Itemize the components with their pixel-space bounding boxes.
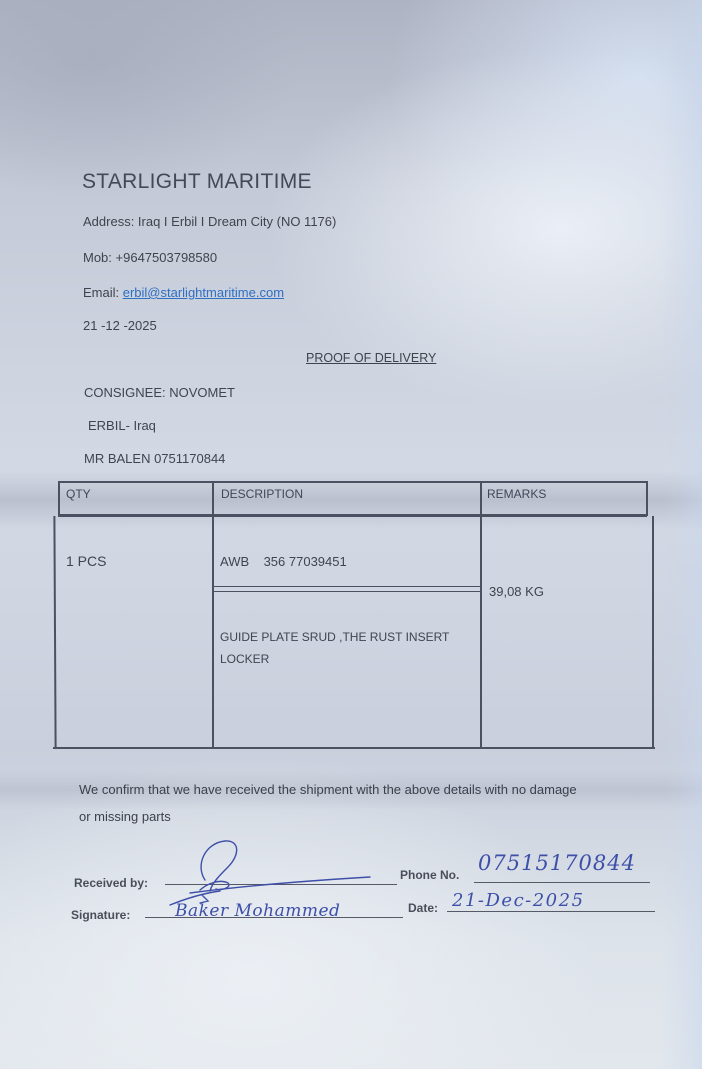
date-line xyxy=(447,911,655,912)
handwritten-phone: 07515170844 xyxy=(478,851,636,875)
description-row-divider xyxy=(213,586,481,587)
description-row-divider xyxy=(213,591,481,592)
row-awb: AWB 356 77039451 xyxy=(220,554,347,569)
date-label: Date: xyxy=(408,901,438,915)
table-column-divider xyxy=(212,481,214,748)
table-border xyxy=(53,747,655,749)
consignee-contact: MR BALEN 0751170844 xyxy=(84,451,225,466)
email-link[interactable]: erbil@starlightmaritime.com xyxy=(123,285,284,300)
row-description-line2: LOCKER xyxy=(220,652,269,666)
row-qty: 1 PCS xyxy=(66,553,106,569)
table-column-divider xyxy=(480,481,482,748)
table-header-divider xyxy=(58,514,647,517)
paper-fold-shadow xyxy=(0,470,702,530)
consignee-name: CONSIGNEE: NOVOMET xyxy=(84,385,235,400)
signature-label: Signature: xyxy=(71,908,130,922)
confirmation-text: We confirm that we have received the shi… xyxy=(79,782,577,797)
header-description: DESCRIPTION xyxy=(221,487,303,501)
table-border xyxy=(58,481,60,516)
email-label: Email: xyxy=(83,285,123,300)
phone-line xyxy=(474,882,650,883)
header-remarks: REMARKS xyxy=(487,487,546,501)
document-date: 21 -12 -2025 xyxy=(83,318,157,333)
table-border xyxy=(646,481,648,516)
consignee-city: ERBIL- Iraq xyxy=(88,418,156,433)
received-by-label: Received by: xyxy=(74,876,148,890)
handwritten-date: 21-Dec-2025 xyxy=(452,890,585,911)
table-border xyxy=(53,516,56,748)
handwritten-signature-name: Baker Mohammed xyxy=(175,901,340,921)
confirmation-text-cont: or missing parts xyxy=(79,809,171,824)
row-remarks: 39,08 KG xyxy=(489,584,544,599)
phone-label: Phone No. xyxy=(400,868,459,882)
paper-edge xyxy=(662,0,702,1069)
company-name: STARLIGHT MARITIME xyxy=(82,170,312,194)
row-description-line1: GUIDE PLATE SRUD ,THE RUST INSERT xyxy=(220,630,449,644)
document-title: PROOF OF DELIVERY xyxy=(306,351,436,365)
company-mobile: Mob: +9647503798580 xyxy=(83,250,217,265)
company-email-row: Email: erbil@starlightmaritime.com xyxy=(83,285,284,300)
header-qty: QTY xyxy=(66,487,91,501)
table-border xyxy=(58,481,647,483)
company-address: Address: Iraq I Erbil I Dream City (NO 1… xyxy=(83,214,336,229)
table-border xyxy=(652,516,654,748)
